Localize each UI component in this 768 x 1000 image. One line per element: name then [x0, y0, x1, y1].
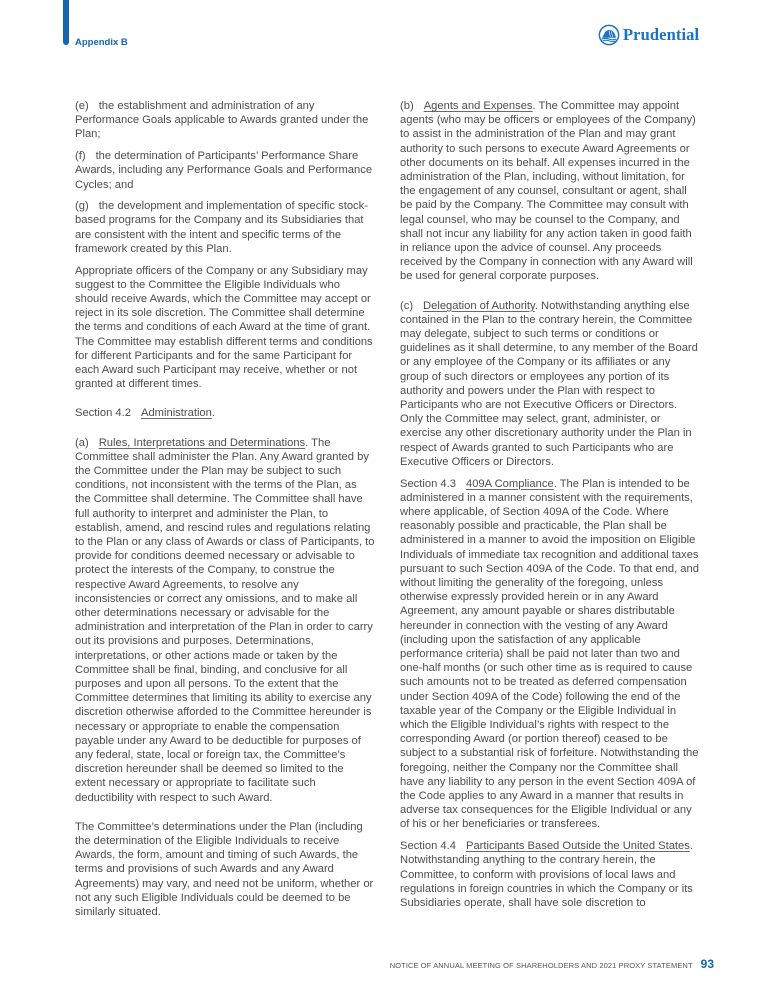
item-text: the determination of Participants’ Perfo… — [75, 150, 372, 190]
section-title-suffix: . — [212, 407, 215, 419]
item-a: (a)Rules, Interpretations and Determinat… — [75, 436, 375, 805]
item-c: (c)Delegation of Authority. Notwithstand… — [400, 299, 700, 469]
section-4-4: Section 4.4Participants Based Outside th… — [400, 839, 700, 910]
paragraph-officers: Appropriate officers of the Company or a… — [75, 264, 375, 392]
item-label: (g) — [75, 200, 89, 212]
footer-title: NOTICE OF ANNUAL MEETING OF SHAREHOLDERS… — [390, 961, 693, 970]
left-column: (e)the establishment and administration … — [75, 99, 375, 927]
logo-text: Prudential — [623, 25, 699, 45]
right-column: (b)Agents and Expenses. The Committee ma… — [400, 99, 700, 918]
item-f: (f)the determination of Participants’ Pe… — [75, 149, 375, 192]
item-title: Delegation of Authority — [423, 300, 535, 312]
header-accent-bar — [63, 0, 69, 45]
section-number: Section 4.2 — [75, 407, 131, 419]
item-title: Agents and Expenses — [424, 100, 533, 112]
item-g: (g)the development and implementation of… — [75, 199, 375, 256]
item-text: . The Committee shall administer the Pla… — [75, 437, 375, 804]
page-number: 93 — [701, 957, 714, 971]
section-title: Participants Based Outside the United St… — [466, 840, 690, 852]
item-text: the development and implementation of sp… — [75, 200, 368, 255]
section-number: Section 4.4 — [400, 840, 456, 852]
section-title: 409A Compliance — [466, 478, 554, 490]
page-footer: NOTICE OF ANNUAL MEETING OF SHAREHOLDERS… — [390, 957, 714, 971]
rock-of-gibraltar-icon — [598, 24, 620, 46]
item-label: (a) — [75, 437, 89, 449]
item-label: (b) — [400, 100, 414, 112]
item-text: the establishment and administration of … — [75, 100, 368, 140]
item-label: (e) — [75, 100, 89, 112]
section-number: Section 4.3 — [400, 478, 456, 490]
item-label: (f) — [75, 150, 86, 162]
prudential-logo: Prudential — [598, 24, 699, 46]
section-title: Administration — [141, 407, 212, 419]
item-text: . Notwithstanding anything else containe… — [400, 300, 698, 468]
item-e: (e)the establishment and administration … — [75, 99, 375, 142]
paragraph-determinations: The Committee’s determinations under the… — [75, 820, 375, 919]
item-title: Rules, Interpretations and Determination… — [99, 437, 305, 449]
item-b: (b)Agents and Expenses. The Committee ma… — [400, 99, 700, 284]
item-text: . The Committee may appoint agents (who … — [400, 100, 696, 282]
item-label: (c) — [400, 300, 413, 312]
section-4-3: Section 4.3409A Compliance. The Plan is … — [400, 477, 700, 832]
section-label: Appendix B — [75, 37, 128, 48]
section-4-2-heading: Section 4.2Administration. — [75, 406, 375, 420]
section-text: . The Plan is intended to be administere… — [400, 478, 699, 831]
